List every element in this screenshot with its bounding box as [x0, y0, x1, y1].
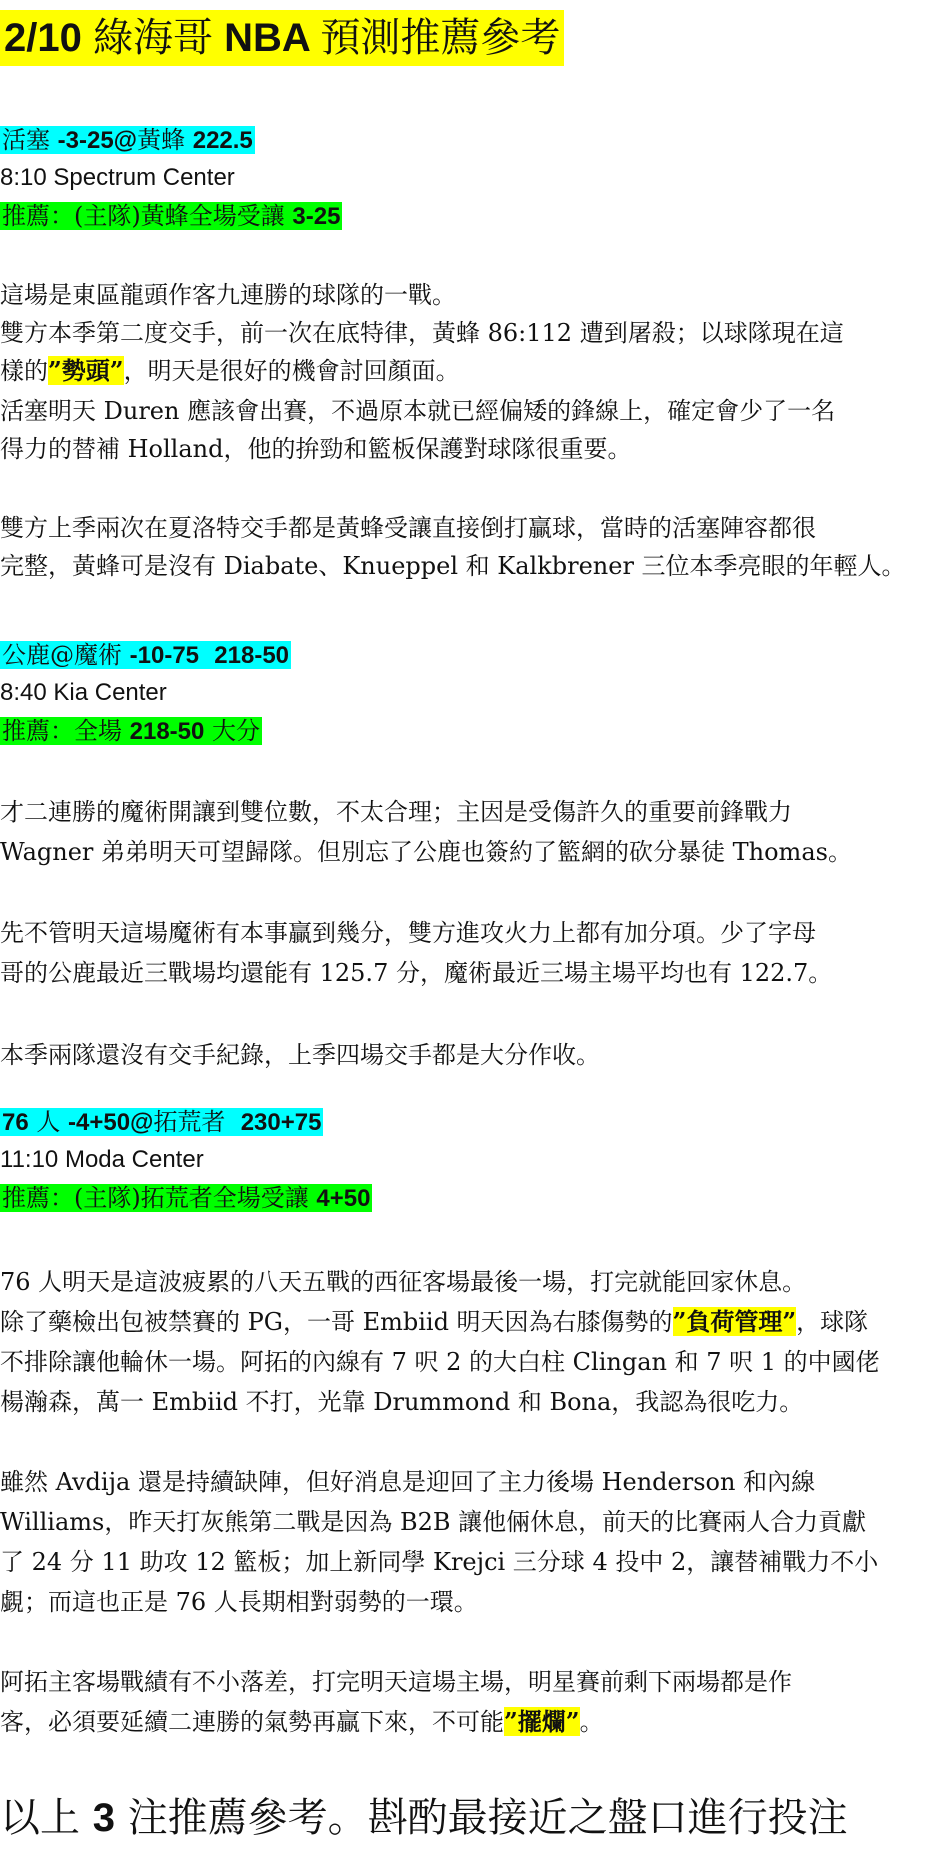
- emphasis-highlight: ”勢頭”: [48, 356, 124, 385]
- paragraph-line: 不排除讓他輪休一場。阿拓的內線有 7 呎 2 的大白柱 Clingan 和 7 …: [0, 1342, 880, 1382]
- game-1-time-venue: 8:10 Spectrum Center: [0, 158, 235, 198]
- title-date: 2/10: [4, 16, 82, 60]
- pick-prefix: 推薦：: [2, 1184, 74, 1212]
- paragraph-line: 哥的公鹿最近三戰場均還能有 125.7 分，魔術最近三場主場平均也有 122.7…: [0, 953, 832, 993]
- away-team: 活塞: [2, 126, 50, 154]
- paragraph-line: 客，必須要延續二連勝的氣勢再贏下來，不可能”擺爛”。: [0, 1702, 604, 1742]
- game-2-time-venue: 8:40 Kia Center: [0, 673, 167, 713]
- paragraph-line: 本季兩隊還沒有交手紀錄，上季四場交手都是大分作收。: [0, 1035, 600, 1075]
- text: 客，必須要延續二連勝的氣勢再贏下來，不可能: [0, 1708, 504, 1736]
- pick-value: 4+50: [316, 1185, 370, 1212]
- paragraph-line: 雙方上季兩次在夏洛特交手都是黃蜂受讓直接倒打贏球，當時的活塞陣容都很: [0, 508, 816, 548]
- page-title: 2/10 綠海哥 NBA 預測推薦參考: [0, 10, 564, 66]
- away-team: 人: [36, 1108, 60, 1136]
- pick-prefix: 推薦：全場: [2, 717, 122, 745]
- paragraph-line: 先不管明天這場魔術有本事贏到幾分，雙方進攻火力上都有加分項。少了字母: [0, 913, 816, 953]
- title-author: 綠海哥: [93, 15, 213, 61]
- paragraph-line: 覷；而這也正是 76 人長期相對弱勢的一環。: [0, 1582, 478, 1622]
- paragraph-line: 得力的替補 Holland，他的拚勁和籃板保護對球隊很重要。: [0, 429, 632, 469]
- game-2-pick: 推薦：全場 218-50 大分: [0, 711, 262, 752]
- home-team: 拓荒者: [153, 1108, 225, 1136]
- text: 。: [580, 1708, 604, 1736]
- paragraph-line: 這場是東區龍頭作客九連勝的球隊的一戰。: [0, 275, 456, 315]
- paragraph-line: 楊瀚森，萬一 Embiid 不打，光靠 Drummond 和 Bona，我認為很…: [0, 1382, 803, 1422]
- teams: 公鹿@魔術: [2, 641, 122, 669]
- paragraph-line: 雙方本季第二度交手，前一次在底特律，黃蜂 86:112 遭到屠殺；以球隊現在這: [0, 313, 844, 353]
- matchup-highlight: 76 人 -4+50@拓荒者 230+75: [0, 1108, 323, 1136]
- footer-count: 3: [93, 1796, 115, 1840]
- text: ，球隊: [796, 1308, 868, 1336]
- spread: -3-25@: [58, 127, 137, 154]
- matchup-highlight: 活塞 -3-25@黃蜂 222.5: [0, 126, 255, 154]
- paragraph-line: 才二連勝的魔術開讓到雙位數，不太合理；主因是受傷許久的重要前鋒戰力: [0, 792, 792, 832]
- paragraph-line: 活塞明天 Duren 應該會出賽，不過原本就已經偏矮的鋒線上，確定會少了一名: [0, 391, 835, 431]
- pick-suffix: 大分: [212, 717, 260, 745]
- title-suffix: 預測推薦參考: [320, 15, 560, 61]
- pick-highlight: 推薦：(主隊)黃蜂全場受讓 3-25: [0, 202, 342, 230]
- paragraph-line: 雖然 Avdija 還是持續缺陣，但好消息是迎回了主力後場 Henderson …: [0, 1462, 815, 1502]
- paragraph-line: 了 24 分 11 助攻 12 籃板；加上新同學 Krejci 三分球 4 投中…: [0, 1542, 878, 1582]
- pick-text: (主隊)黃蜂全場受讓: [74, 202, 285, 230]
- paragraph-line: 阿拓主客場戰績有不小落差，打完明天這場主場，明星賽前剩下兩場都是作: [0, 1662, 792, 1702]
- footer-text: 以上: [0, 1795, 80, 1841]
- total: 230+75: [241, 1109, 322, 1136]
- text: ，明天是很好的機會討回顏面。: [124, 357, 460, 385]
- footer-text: 注推薦參考。斟酌最接近之盤口進行投注: [128, 1795, 848, 1841]
- pick-highlight: 推薦：全場 218-50 大分: [0, 717, 262, 745]
- home-team: 黃蜂: [137, 126, 185, 154]
- pick-highlight: 推薦：(主隊)拓荒者全場受讓 4+50: [0, 1184, 372, 1212]
- game-3-pick: 推薦：(主隊)拓荒者全場受讓 4+50: [0, 1178, 372, 1219]
- game-3-matchup: 76 人 -4+50@拓荒者 230+75: [0, 1102, 323, 1143]
- emphasis-highlight: ”擺爛”: [504, 1707, 580, 1736]
- spread: -4+50@: [68, 1109, 153, 1136]
- game-1-matchup: 活塞 -3-25@黃蜂 222.5: [0, 120, 255, 161]
- paragraph-line: Williams，昨天打灰熊第二戰是因為 B2B 讓他倆休息，前天的比賽兩人合力…: [0, 1502, 866, 1542]
- paragraph-line: 除了藥檢出包被禁賽的 PG，一哥 Embiid 明天因為右膝傷勢的”負荷管理”，…: [0, 1302, 868, 1342]
- paragraph-line: 完整，黃蜂可是沒有 Diabate、Knueppel 和 Kalkbrener …: [0, 546, 906, 586]
- footer-note: 以上 3 注推薦參考。斟酌最接近之盤口進行投注: [0, 1790, 848, 1846]
- total: 218-50: [214, 642, 289, 669]
- pick-prefix: 推薦：: [2, 202, 74, 230]
- game-3-time-venue: 11:10 Moda Center: [0, 1140, 204, 1180]
- text: 樣的: [0, 357, 48, 385]
- paragraph-line: 樣的”勢頭”，明天是很好的機會討回顏面。: [0, 351, 460, 391]
- matchup-highlight: 公鹿@魔術 -10-75 218-50: [0, 641, 291, 669]
- away-num: 76: [2, 1109, 29, 1136]
- text: 除了藥檢出包被禁賽的 PG，一哥 Embiid 明天因為右膝傷勢的: [0, 1308, 673, 1336]
- spread: -10-75: [130, 642, 199, 669]
- pick-text: (主隊)拓荒者全場受讓: [74, 1184, 309, 1212]
- paragraph-line: 76 人明天是這波疲累的八天五戰的西征客場最後一場，打完就能回家休息。: [0, 1262, 806, 1302]
- game-2-matchup: 公鹿@魔術 -10-75 218-50: [0, 635, 291, 676]
- paragraph-line: Wagner 弟弟明天可望歸隊。但別忘了公鹿也簽約了籃網的砍分暴徒 Thomas…: [0, 832, 852, 872]
- pick-value: 3-25: [292, 203, 340, 230]
- total: 222.5: [193, 127, 253, 154]
- emphasis-highlight: ”負荷管理”: [673, 1307, 797, 1336]
- pick-value: 218-50: [130, 718, 205, 745]
- title-league: NBA: [224, 16, 309, 60]
- game-1-pick: 推薦：(主隊)黃蜂全場受讓 3-25: [0, 196, 342, 237]
